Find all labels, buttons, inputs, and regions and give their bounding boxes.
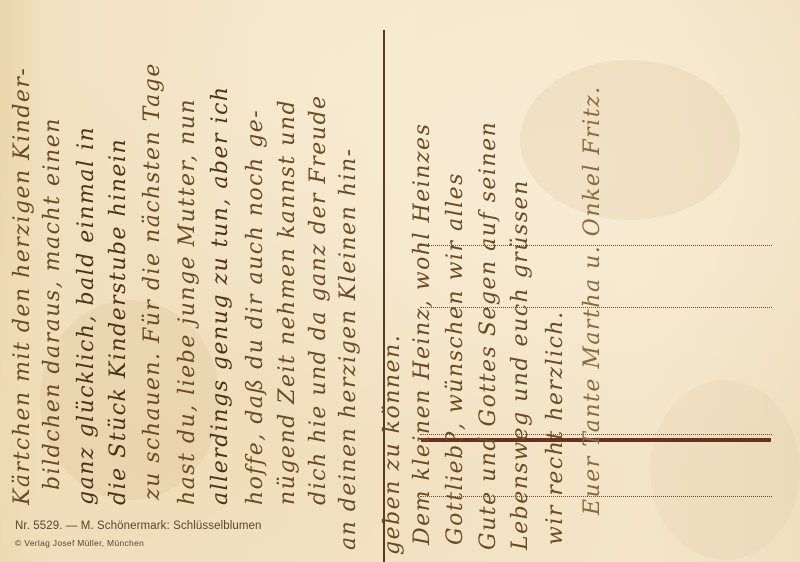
handwritten-line: nügend Zeit nehmen kannst und <box>277 99 299 505</box>
handwritten-line: hast du, liebe junge Mutter, nun <box>177 98 199 505</box>
handwritten-line: hoffe, daß du dir auch noch ge- <box>245 109 267 505</box>
handwritten-line: Gute und Gottes Segen auf seinen <box>478 121 500 550</box>
handwritten-line: an deinen herzigen Kleinen hin- <box>338 147 360 550</box>
publisher-credit: © Verlag Josef Müller, München <box>15 538 144 548</box>
paper-stain <box>520 60 740 220</box>
handwritten-line: allerdings genug zu tun, aber ich <box>210 85 232 505</box>
handwritten-line: Dem kleinen Heinz, wohl Heinzes <box>412 123 434 545</box>
handwritten-line: Kärtchen mit den herzigen Kinder- <box>12 67 34 505</box>
handwritten-line: zu schauen. Für die nächsten Tage <box>142 62 164 500</box>
postcard-back: Kärtchen mit den herzigen Kinder- bildch… <box>0 0 800 562</box>
handwritten-line: ganz glücklich, bald einmal in <box>76 126 98 505</box>
handwritten-line: bildchen daraus, macht einen <box>42 117 64 490</box>
handwritten-line: dich hie und da ganz der Freude <box>308 94 330 505</box>
paper-stain <box>650 380 800 560</box>
handwritten-line: die Stück Kinderstube hinein <box>108 138 130 505</box>
card-caption: Nr. 5529. — M. Schönermark: Schlüsselblu… <box>15 520 262 532</box>
handwritten-line: Gottlieb?, wünschen wir alles <box>445 172 467 545</box>
handwritten-line: Lebensweg und euch grüssen <box>510 179 532 550</box>
handwritten-line: wir recht herzlich. <box>545 310 567 545</box>
signature: Euer Tante Martha u. Onkel Fritz. <box>582 85 604 515</box>
handwritten-line: geben zu können. <box>382 334 404 555</box>
